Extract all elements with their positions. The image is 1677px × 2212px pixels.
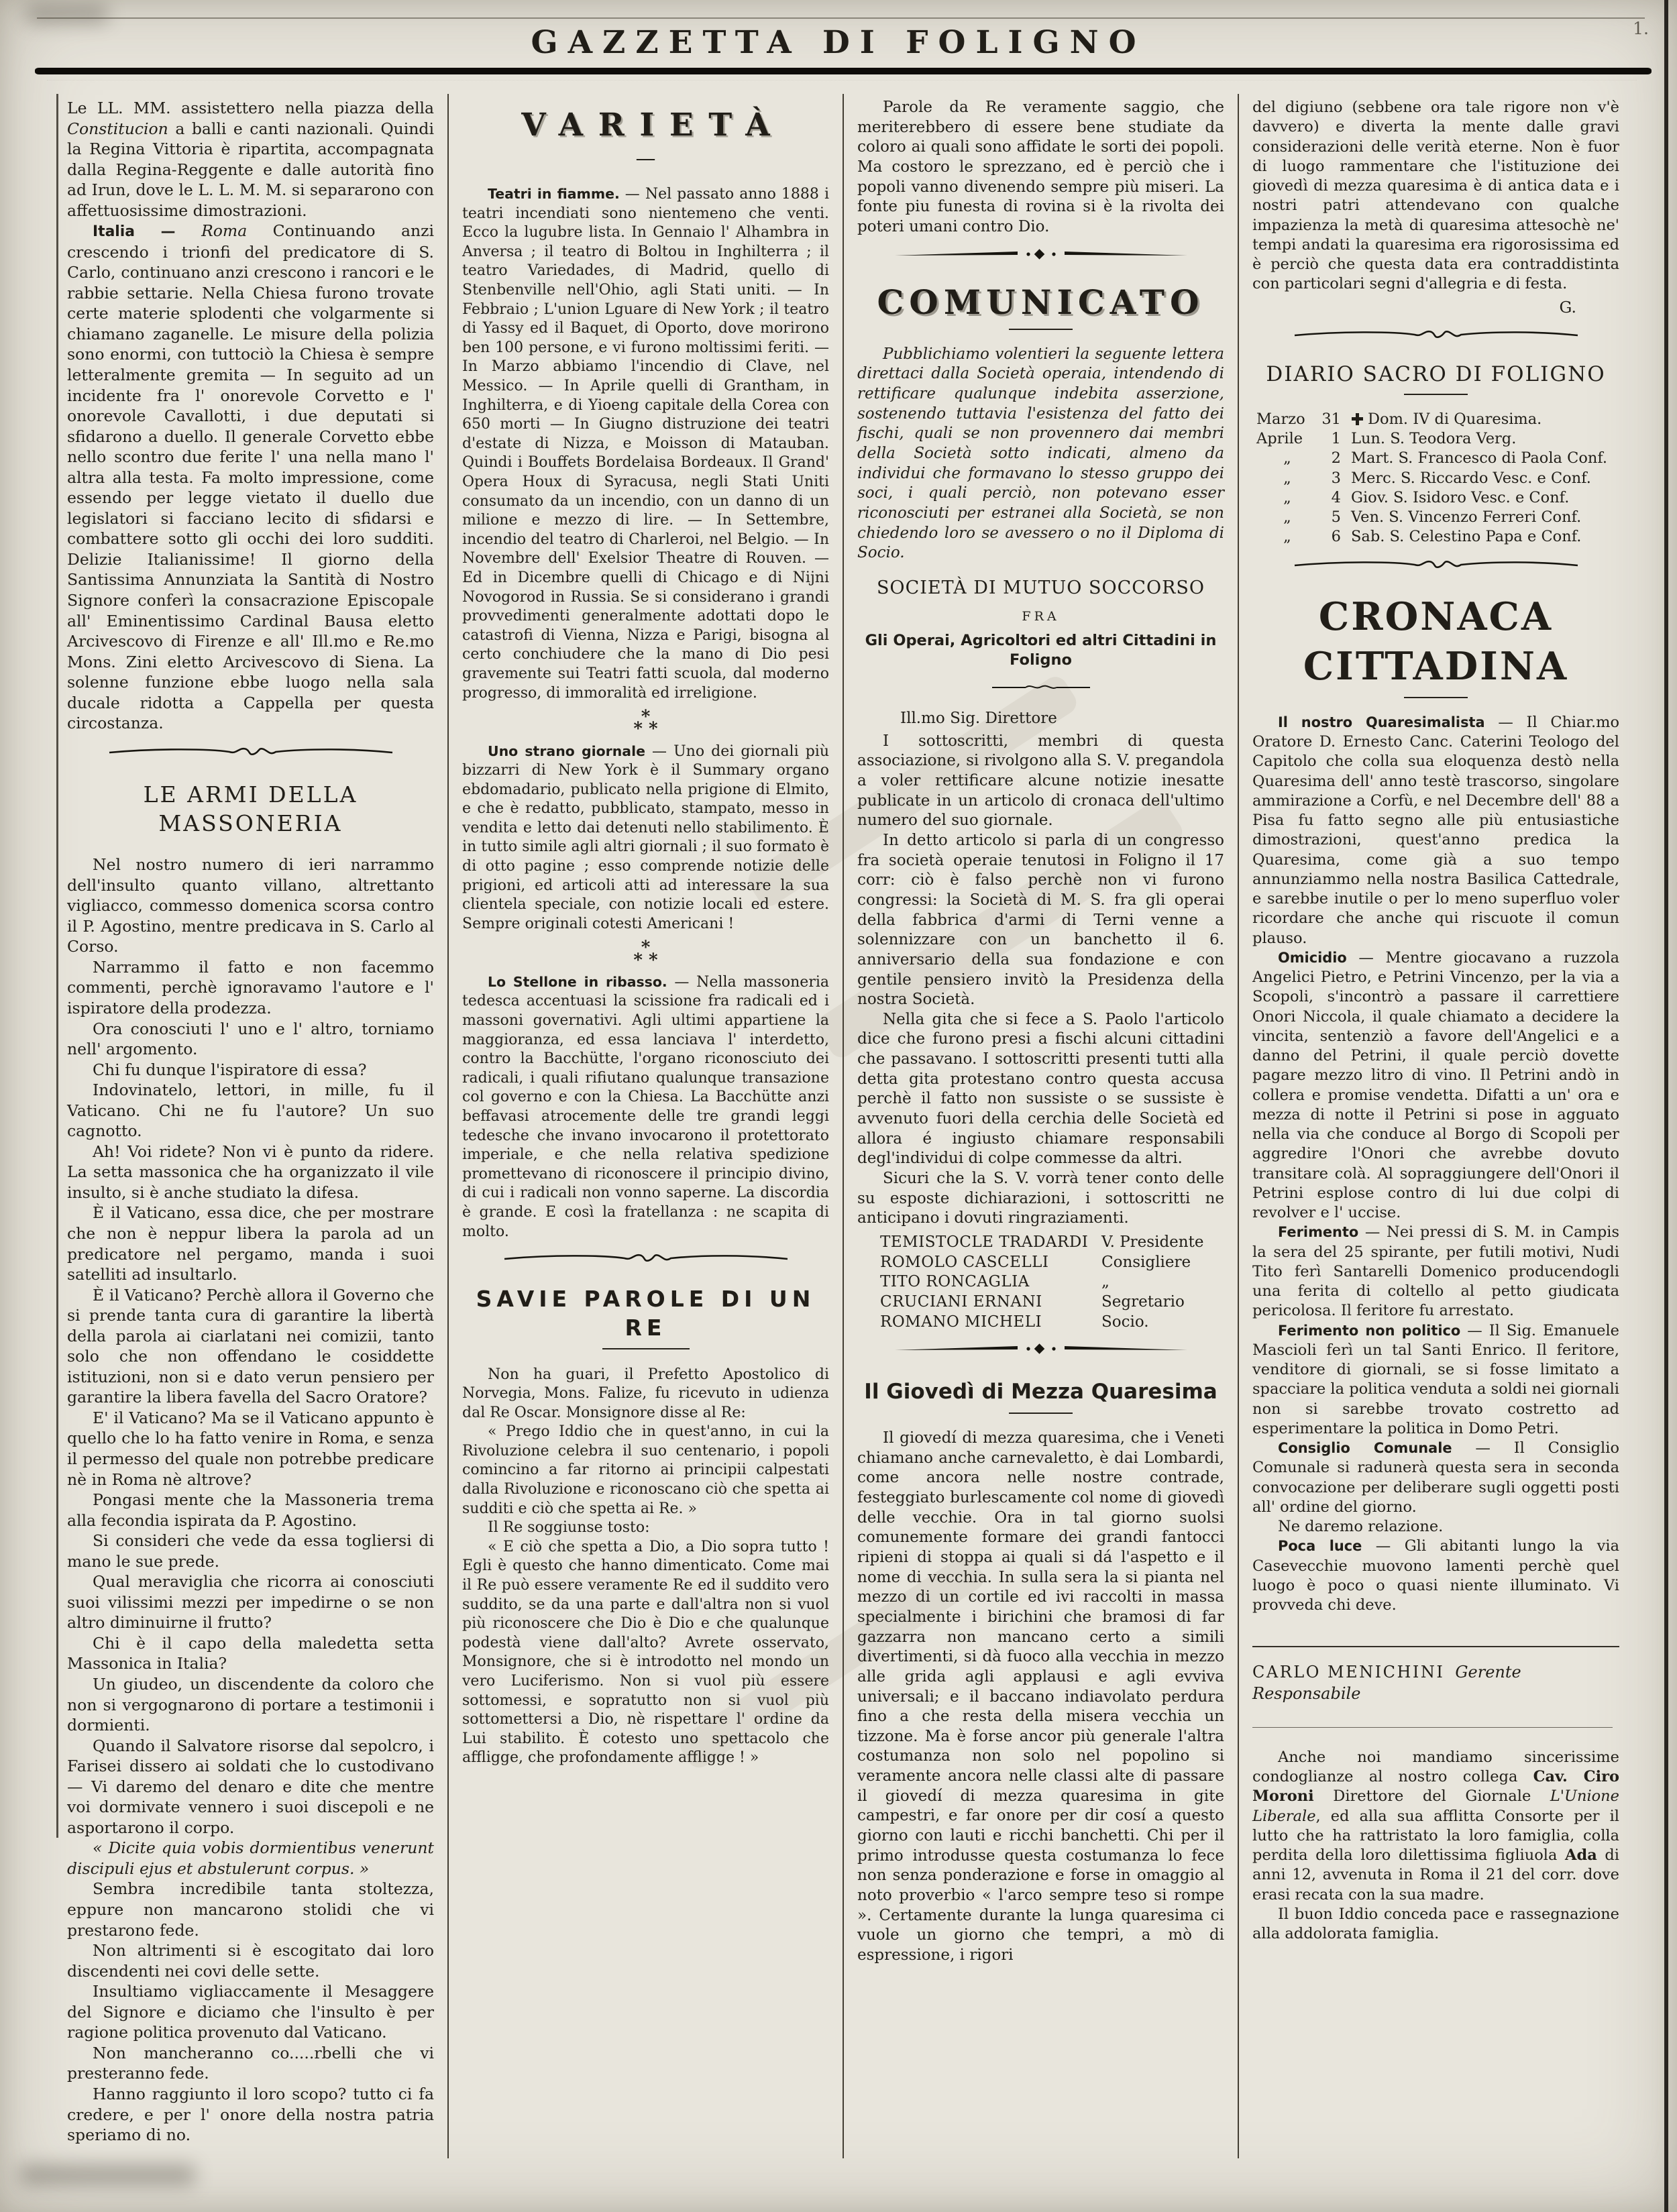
paragraph: Ora conosciuti l' uno e l' altro, tornia… [67, 1019, 434, 1060]
paragraph: Lo Stellone in ribasso. — Nella massoner… [462, 973, 829, 1241]
paragraph: Insultiamo vigliaccamente il Mesaggere d… [67, 1981, 434, 2043]
diary-entry: „6Sab. S. Celestino Papa e Conf. [1256, 527, 1619, 547]
signature-row: CRUCIANI ERNANISegretario [880, 1292, 1224, 1313]
paragraph: del digiuno (sebbene ora tale rigore non… [1252, 98, 1619, 294]
news-item: Omicidio — Mentre giocavano a ruzzola An… [1252, 948, 1619, 1223]
signature-row: TITO RONCAGLIA„ [880, 1272, 1224, 1292]
page-number: 1. [1633, 19, 1649, 38]
column-1: Le LL. MM. assistettero nella piazza del… [54, 94, 447, 2158]
tapered-divider [857, 1339, 1224, 1359]
diary-month-ditto: „ [1256, 488, 1318, 508]
flourish-divider [67, 740, 434, 761]
paragraph: È il Vaticano? Perchè allora il Governo … [67, 1285, 434, 1408]
text-run: — Mentre giocavano a ruzzola Angelici Pi… [1252, 949, 1619, 1221]
asterisks: * * [462, 954, 829, 966]
paragraph: Parole da Re veramente saggio, che merit… [857, 98, 1224, 237]
title-rule [1009, 1413, 1073, 1414]
paragraph: « Prego Iddio che in quest'anno, in cui … [462, 1423, 829, 1518]
article-title: LE ARMI DELLA MASSONERIA [67, 781, 434, 838]
paper-stain [20, 2165, 195, 2185]
top-rule [37, 17, 1645, 19]
diary-day: 4 [1318, 488, 1341, 508]
section-lead: Teatri in fiamme. [488, 186, 620, 202]
article-title: SAVIE PAROLE DI UN RE [462, 1285, 829, 1343]
paragraph: Narrammo il fatto e non facemmo commenti… [67, 957, 434, 1019]
paragraph: Indovinatelo, lettori, in mille, fu il V… [67, 1080, 434, 1142]
article-title: Il Giovedì di Mezza Quaresima [857, 1379, 1224, 1406]
diary-feast-text: Giov. S. Isidoro Vesc. e Conf. [1351, 488, 1619, 508]
news-note: Ne daremo relazione. [1252, 1517, 1619, 1537]
diary-month-ditto: „ [1256, 527, 1318, 547]
salutation: Ill.mo Sig. Direttore [857, 709, 1224, 729]
society-name: SOCIETÀ DI MUTUO SOCCORSO [857, 577, 1224, 600]
paragraph: Le LL. MM. assistettero nella piazza del… [67, 98, 434, 221]
signature-row: ROMOLO CASCELLIConsigliere [880, 1253, 1224, 1273]
masthead-subrule [47, 80, 1637, 80]
paragraph: Non altrimenti si è escogitato dai loro … [67, 1940, 434, 1981]
signer-role: Socio. [1101, 1313, 1149, 1333]
diary-feast-text: Ven. S. Vincenzo Ferreri Conf. [1351, 508, 1619, 527]
paragraph: Uno strano giornale — Uno dei giornali p… [462, 742, 829, 934]
section-lead: Uno strano giornale [488, 743, 645, 759]
paragraph: Quando il Salvatore risorse dal sepolcro… [67, 1736, 434, 1838]
tapered-divider [857, 244, 1224, 264]
text-run-bold: Ada [1565, 1846, 1597, 1864]
paragraph: Italia — Roma Continuando anzi crescendo… [67, 221, 434, 734]
diary-feast-text: Merc. S. Riccardo Vesc. e Conf. [1351, 469, 1619, 488]
title-rule [1009, 329, 1073, 330]
section-title-cronaca: CRONACA CITTADINA [1252, 592, 1619, 692]
masthead-rule [35, 68, 1652, 74]
paragraph: Il giovedí di mezza quaresima, che i Ven… [857, 1429, 1224, 1966]
scan-edge-right [1664, 0, 1668, 2212]
section-title-comunicato: COMUNICATO [857, 281, 1224, 325]
small-flourish-divider [857, 677, 1224, 697]
news-item: Ferimento — Nei pressi di S. M. in Campi… [1252, 1223, 1619, 1321]
diary-entry: „2Mart. S. Francesco di Paola Conf. [1256, 449, 1619, 468]
paragraph: Non ha guari, il Prefetto Apostolico di … [462, 1366, 829, 1423]
paragraph: Non mancheranno co.....rbelli che vi pre… [67, 2043, 434, 2084]
column-3: Parole da Re veramente saggio, che merit… [843, 94, 1238, 2158]
paragraph: Nella gita che si fece a S. Paolo l'arti… [857, 1010, 1224, 1169]
paragraph: Hanno raggiunto il loro scopo? tutto ci … [67, 2084, 434, 2146]
columns: Le LL. MM. assistettero nella piazza del… [54, 94, 1633, 2158]
diary-entry: „3Merc. S. Riccardo Vesc. e Conf. [1256, 469, 1619, 488]
editorial-intro: Pubblichiamo volentieri la seguente lett… [857, 345, 1224, 563]
column-4: del digiuno (sebbene ora tale rigore non… [1238, 94, 1633, 2158]
society-members: Gli Operai, Agricoltori ed altri Cittadi… [857, 631, 1224, 670]
title-dash: — [462, 146, 829, 172]
section-title-diario: DIARIO SACRO DI FOLIGNO [1252, 361, 1619, 388]
text-run: — Uno dei giornali più bizzarri di New Y… [462, 743, 829, 932]
thin-rule [1252, 1727, 1613, 1728]
masthead-title: GAZZETTA DI FOLIGNO [0, 24, 1677, 61]
news-item: Poca luce — Gli abitanti lungo la via Ca… [1252, 1537, 1619, 1615]
paragraph: Un giudeo, un discendente da coloro che … [67, 1674, 434, 1736]
text-run: Direttore del Giornale [1314, 1787, 1550, 1805]
diary-day: 31 [1318, 410, 1341, 429]
cross-icon [1352, 413, 1363, 425]
news-lead: Consiglio Comunale [1278, 1440, 1452, 1456]
condolence-paragraph: Anche noi mandiamo sincerissime condogli… [1252, 1748, 1619, 1905]
title-rule [602, 1348, 690, 1349]
signer-role: Segretario [1101, 1292, 1185, 1313]
diary-day: 6 [1318, 527, 1341, 547]
signer-role: „ [1101, 1272, 1110, 1292]
newspaper-page: GAZZETTA DI FOLIGNO 1. Le LL. MM. assist… [0, 0, 1677, 2212]
news-item: Ferimento non politico — Il Sig. Emanuel… [1252, 1321, 1619, 1439]
signer-name: ROMANO MICHELI [880, 1313, 1095, 1333]
paragraph: E' il Vaticano? Ma se il Vaticano appunt… [67, 1408, 434, 1490]
title-rule [1404, 697, 1468, 698]
asterisks: * * [462, 723, 829, 735]
paragraph: Il Re soggiunse tosto: [462, 1518, 829, 1538]
signer-name: CRUCIANI ERNANI [880, 1292, 1095, 1313]
text-run-italic: Roma [201, 221, 247, 240]
text-run: Le LL. MM. assistettero nella piazza del… [67, 99, 434, 117]
signer-role: Consigliere [1101, 1253, 1191, 1273]
paragraph: Teatri in fiamme. — Nel passato anno 188… [462, 185, 829, 703]
diary-feast-text: Sab. S. Celestino Papa e Conf. [1351, 527, 1619, 547]
paragraph: Sicuri che la S. V. vorrà tener conto de… [857, 1169, 1224, 1229]
diary-feast-text: Dom. IV di Quaresima. [1368, 410, 1541, 428]
flourish-divider [1252, 324, 1619, 343]
paragraph: Chi è il capo della maledetta setta Mass… [67, 1633, 434, 1674]
paragraph: I sottoscritti, membri di questa associa… [857, 732, 1224, 831]
diary-entry: Marzo31Dom. IV di Quaresima. [1256, 410, 1619, 429]
diary-day: 3 [1318, 469, 1341, 488]
sacred-diary-list: Marzo31Dom. IV di Quaresima. Aprile1Lun.… [1256, 410, 1619, 547]
news-lead: Il nostro Quaresimalista [1278, 714, 1485, 730]
flourish-divider [462, 1248, 829, 1268]
manager-name: Carlo Menichini [1252, 1663, 1444, 1681]
condolence-closing: Il buon Iddio conceda pace e rassegnazio… [1252, 1905, 1619, 1944]
paragraph: Qual meraviglia che ricorra ai conosciut… [67, 1571, 434, 1633]
paragraph: Pongasi mente che la Massoneria trema al… [67, 1490, 434, 1531]
diary-day: 1 [1318, 429, 1341, 449]
paragraph: « E ciò che spetta a Dio, a Dio sopra tu… [462, 1538, 829, 1768]
news-lead: Poca luce [1278, 1538, 1362, 1554]
paper-stain [27, 5, 107, 23]
section-lead: Italia — [93, 223, 201, 240]
diary-month-ditto: „ [1256, 469, 1318, 488]
diary-entry: Aprile1Lun. S. Teodora Verg. [1256, 429, 1619, 449]
diary-day: 2 [1318, 449, 1341, 468]
signer-name: ROMOLO CASCELLI [880, 1253, 1095, 1273]
diary-entry: „4Giov. S. Isidoro Vesc. e Conf. [1256, 488, 1619, 508]
news-lead: Ferimento non politico [1278, 1323, 1460, 1339]
diary-month: Aprile [1256, 429, 1318, 449]
author-initial: G. [1252, 297, 1619, 318]
diary-entry: „5Ven. S. Vincenzo Ferreri Conf. [1256, 508, 1619, 527]
text-run-italic: Constitucion [67, 119, 168, 138]
diary-feast-text: Lun. S. Teodora Verg. [1351, 429, 1619, 449]
text-run: — Il Chiar.mo Oratore D. Ernesto Canc. C… [1252, 714, 1619, 947]
text-run: — Il Sig. Emanuele Mascioli ferì un tal … [1252, 1322, 1619, 1437]
column-2: VARIETÀ — Teatri in fiamme. — Nel passat… [447, 94, 843, 2158]
signer-name: TEMISTOCLE TRADARDI [880, 1233, 1095, 1253]
responsible-manager-line: Carlo MenichiniGerente Responsabile [1252, 1646, 1619, 1704]
paragraph: In detto articolo si parla di un congres… [857, 831, 1224, 1010]
paragraph: È il Vaticano, essa dice, che per mostra… [67, 1203, 434, 1284]
section-lead: Lo Stellone in ribasso. [488, 974, 667, 990]
text-run: — Nella massoneria tedesca accentuasi la… [462, 974, 829, 1240]
diary-day: 5 [1318, 508, 1341, 527]
text-run: — Nel passato anno 1888 i teatri incendi… [462, 186, 829, 701]
paragraph: Nel nostro numero di ieri narrammo dell'… [67, 854, 434, 957]
diary-feast: Dom. IV di Quaresima. [1351, 410, 1619, 429]
text-run: Continuando anzi crescendo i trionfi del… [67, 221, 434, 732]
signature-row: ROMANO MICHELISocio. [880, 1313, 1224, 1333]
section-title-varieta: VARIETÀ [462, 105, 829, 146]
news-item: Il nostro Quaresimalista — Il Chiar.mo O… [1252, 713, 1619, 948]
paragraph: Chi fu dunque l'ispiratore di essa? [67, 1060, 434, 1081]
title-rule [1404, 394, 1468, 395]
signature-row: TEMISTOCLE TRADARDIV. Presidente [880, 1233, 1224, 1253]
paragraph-latin-quote: « Dicite quia vobis dormientibus venerun… [67, 1838, 434, 1879]
news-item: Consiglio Comunale — Il Consiglio Comuna… [1252, 1439, 1619, 1517]
signer-name: TITO RONCAGLIA [880, 1272, 1095, 1292]
paragraph: Sembra incredibile tanta stoltezza, eppu… [67, 1879, 434, 1940]
asterism-divider: ** * [462, 711, 829, 735]
diary-month-ditto: „ [1256, 508, 1318, 527]
society-fra: FRA [857, 608, 1224, 625]
diary-feast-text: Mart. S. Francesco di Paola Conf. [1351, 449, 1619, 468]
signatures: TEMISTOCLE TRADARDIV. Presidente ROMOLO … [880, 1233, 1224, 1332]
flourish-divider [1252, 554, 1619, 573]
news-lead: Omicidio [1278, 950, 1347, 966]
signer-role: V. Presidente [1101, 1233, 1203, 1253]
paragraph: Si consideri che vede da essa togliersi … [67, 1531, 434, 1571]
diary-month-ditto: „ [1256, 449, 1318, 468]
diary-month: Marzo [1256, 410, 1318, 429]
asterism-divider: ** * [462, 942, 829, 966]
paragraph: Ah! Voi ridete? Non vi è punto da ridere… [67, 1142, 434, 1203]
news-lead: Ferimento [1278, 1224, 1358, 1240]
